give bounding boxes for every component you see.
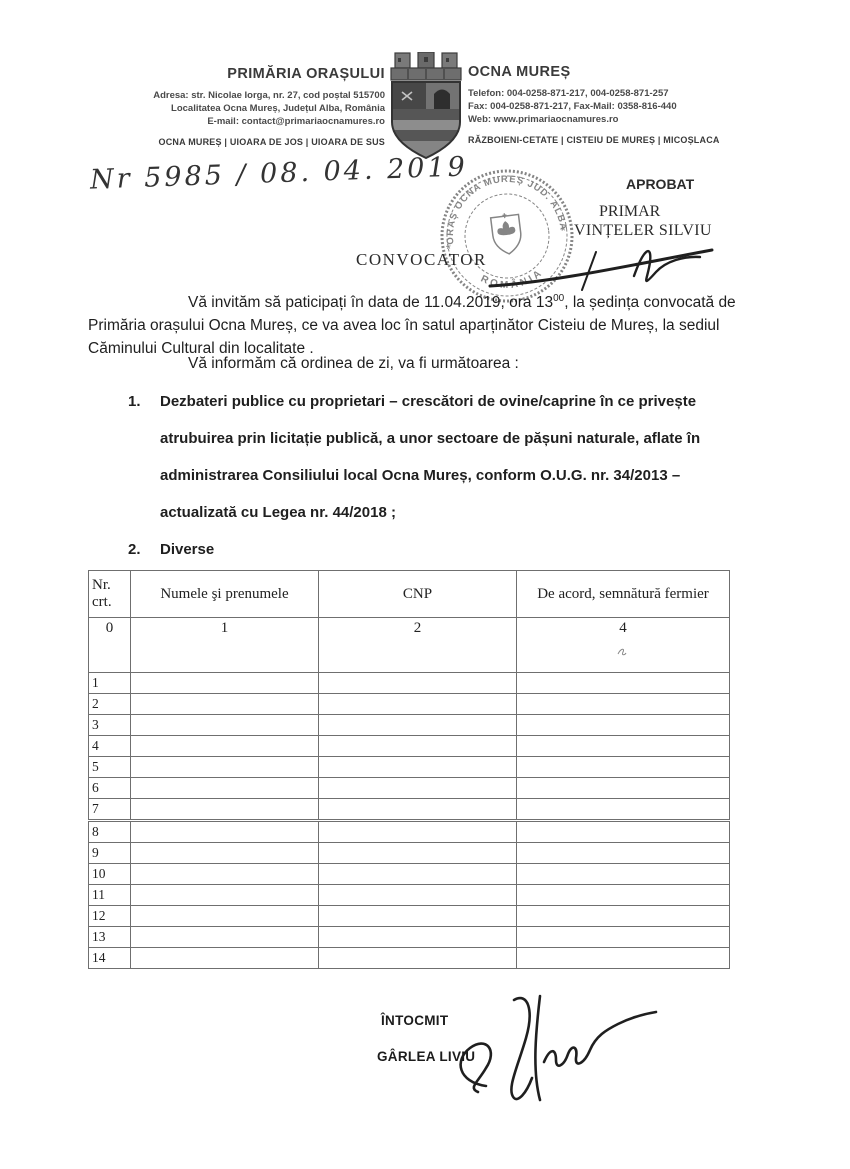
row-number: 3 [89,715,131,736]
empty-cell [517,736,730,757]
hour-superscript: 00 [553,293,564,304]
empty-cell [517,715,730,736]
index-cell: 1 [131,618,319,673]
address-line-1: Adresa: str. Nicolae Iorga, nr. 27, cod … [40,89,385,102]
invitation-text-before-sup: Vă invităm să paticipați în data de 11.0… [188,294,553,311]
empty-cell [319,843,517,864]
pen-scribble-mark [616,644,628,662]
header-left-block: PRIMĂRIA ORAȘULUI Adresa: str. Nicolae I… [40,66,385,147]
empty-cell [517,799,730,821]
prepared-by-label: ÎNTOCMIT [381,1013,448,1028]
empty-cell [517,906,730,927]
empty-cell [517,821,730,843]
empty-cell [131,757,319,778]
table-row: 9 [89,843,730,864]
empty-cell [319,885,517,906]
agenda-intro-paragraph: Vă informăm că ordinea de zi, va fi urmă… [88,352,736,375]
phone-line: Telefon: 004-0258-871-217, 004-0258-871-… [468,87,808,100]
empty-cell [131,843,319,864]
row-number: 14 [89,948,131,969]
empty-cell [517,778,730,799]
table-row: 12 [89,906,730,927]
table-row: 13 [89,927,730,948]
table-row: 1 [89,673,730,694]
empty-cell [131,927,319,948]
empty-cell [319,694,517,715]
document-title: CONVOCATOR [356,250,487,270]
agenda-item-number: 1. [128,383,160,531]
empty-cell [319,864,517,885]
table-header-row: Nr. crt. Numele şi prenumele CNP De acor… [89,571,730,618]
index-cell: 0 [89,618,131,673]
column-index-row: 0 1 2 4 [89,618,730,673]
empty-cell [517,843,730,864]
address-line-2: Localitatea Ocna Mureș, Județul Alba, Ro… [40,102,385,115]
localities-right: RĂZBOIENI-CETATE | CISTEIU DE MUREȘ | MI… [468,135,808,145]
empty-cell [131,715,319,736]
empty-cell [319,715,517,736]
preparer-signature [448,990,663,1107]
row-number: 9 [89,843,131,864]
agenda-item-1: 1. Dezbateri publice cu proprietari – cr… [128,383,736,531]
scanned-document-page: PRIMĂRIA ORAȘULUI Adresa: str. Nicolae I… [0,0,850,1169]
city-name-title: OCNA MUREȘ [468,64,808,80]
empty-cell [131,906,319,927]
coat-of-arms-icon [388,52,464,167]
city-hall-title: PRIMĂRIA ORAȘULUI [40,66,385,82]
empty-cell [517,864,730,885]
invitation-paragraph: Vă invităm să paticipați în data de 11.0… [88,287,736,360]
empty-cell [131,821,319,843]
empty-cell [319,778,517,799]
row-number: 4 [89,736,131,757]
empty-cell [131,948,319,969]
empty-cell [319,821,517,843]
col-header-name: Numele şi prenumele [131,571,319,618]
agenda-list: 1. Dezbateri publice cu proprietari – cr… [128,383,736,568]
table-row: 8 [89,821,730,843]
empty-cell [517,885,730,906]
table-row: 7 [89,799,730,821]
table-row: 10 [89,864,730,885]
empty-cell [517,948,730,969]
row-number: 8 [89,821,131,843]
row-number: 12 [89,906,131,927]
row-number: 7 [89,799,131,821]
approval-label: APROBAT [626,176,694,192]
address-line-3: E-mail: contact@primariaocnamures.ro [40,115,385,128]
agenda-item-text: Diverse [160,531,736,568]
empty-cell [517,757,730,778]
row-number: 10 [89,864,131,885]
empty-cell [319,927,517,948]
empty-cell [319,906,517,927]
empty-cell [319,948,517,969]
agenda-item-2: 2. Diverse [128,531,736,568]
row-number: 13 [89,927,131,948]
handwritten-registration-number: Nr 5985 / 08. 04. 2019 [90,151,469,195]
header-right-block: OCNA MUREȘ Telefon: 004-0258-871-217, 00… [468,64,808,145]
empty-cell [131,885,319,906]
table-row: 3 [89,715,730,736]
empty-cell [517,927,730,948]
empty-cell [131,736,319,757]
table-row: 2 [89,694,730,715]
empty-cell [319,757,517,778]
empty-cell [517,673,730,694]
row-number: 5 [89,757,131,778]
empty-cell [131,864,319,885]
row-number: 11 [89,885,131,906]
table-row: 6 [89,778,730,799]
table-row: 5 [89,757,730,778]
empty-cell [131,673,319,694]
localities-left: OCNA MUREȘ | UIOARA DE JOS | UIOARA DE S… [40,137,385,147]
col-header-signature: De acord, semnătură fermier [517,571,730,618]
col-header-cnp: CNP [319,571,517,618]
farmer-signature-table: Nr. crt. Numele şi prenumele CNP De acor… [88,570,730,969]
empty-cell [319,736,517,757]
approval-role: PRIMAR [599,203,660,221]
empty-cell [517,694,730,715]
col-header-nr-crt: Nr. crt. [89,571,131,618]
index-cell: 2 [319,618,517,673]
stamp-eagle-icon [496,220,516,236]
empty-cell [131,694,319,715]
fax-line: Fax: 004-0258-871-217, Fax-Mail: 0358-81… [468,100,808,113]
agenda-item-number: 2. [128,531,160,568]
empty-cell [131,778,319,799]
row-number: 1 [89,673,131,694]
empty-cell [319,799,517,821]
empty-cell [131,799,319,821]
empty-cell [319,673,517,694]
table-row: 14 [89,948,730,969]
web-line: Web: www.primariaocnamures.ro [468,113,808,126]
row-number: 6 [89,778,131,799]
table-row: 4 [89,736,730,757]
agenda-item-text: Dezbateri publice cu proprietari – cresc… [160,383,736,531]
table-row: 11 [89,885,730,906]
row-number: 2 [89,694,131,715]
